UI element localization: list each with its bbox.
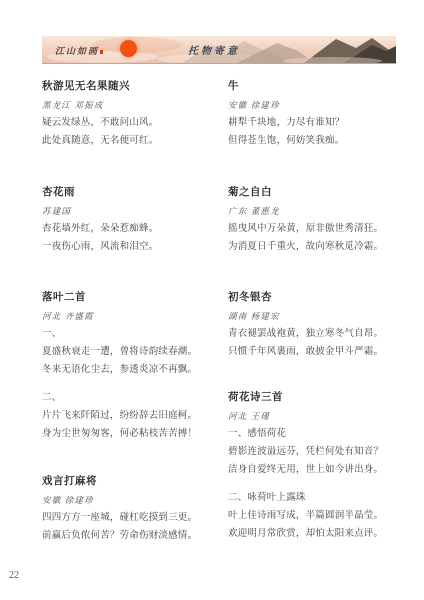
poem-line: 前赢后负侬何苦？劳命伤财淡感情。 (42, 527, 214, 545)
poem-title: 初冬银杏 (228, 289, 400, 307)
poem-line: 但得苍生饱，何妨笑我痴。 (228, 132, 400, 150)
poem-author: 安徽 徐建珍 (228, 96, 400, 114)
banner-left-calligraphy: 江山如画 (55, 44, 103, 57)
poem-line: 冬来无语化尘去，参透炎凉不再飘。 (42, 361, 214, 379)
poem-fallen-leaves: 落叶二首 河北 齐盛霞 一、 夏盛秋衰走一遭，曾将诗韵续春潮。 冬来无语化尘去，… (42, 289, 214, 443)
poem-mahjong: 戏言打麻将 安徽 徐建珍 四四方方一座城，碰杠吃摸到三更。 前赢后负侬何苦？劳命… (42, 473, 214, 545)
poem-title: 菊之自白 (228, 184, 400, 202)
poem-title: 牛 (228, 78, 400, 96)
poem-line: 只惯千年风裹雨，敢披金甲斗严霜。 (228, 343, 400, 361)
poem-apricot-rain: 杏花雨 苏建国 杏花墙外红，朵朵惹痴蜂。 一夜伤心雨，风流和泪空。 (42, 184, 214, 256)
poem-author: 河北 齐盛霞 (42, 307, 214, 325)
header-banner: 江山如画 托物寄意 (42, 36, 396, 64)
poem-line: 叶上佳诗雨写成，半篇圆润半晶莹。 (228, 507, 400, 525)
poem-author: 黑龙江 邓振成 (42, 96, 214, 114)
poem-author: 河北 王瑾 (228, 407, 400, 425)
poem-title: 秋游见无名果随兴 (42, 78, 214, 96)
poem-line: 二、 (42, 389, 214, 407)
poem-line: 四四方方一座城，碰杠吃摸到三更。 (42, 509, 214, 527)
poem-ox: 牛 安徽 徐建珍 耕犁千块地，力尽有谁知？ 但得苍生饱，何妨笑我痴。 (228, 78, 400, 150)
poem-autumn-fruit: 秋游见无名果随兴 黑龙江 邓振成 疑云发绿丛，不敢问山风。 此处真随意，无名便可… (42, 78, 214, 150)
page-number: 22 (9, 570, 19, 581)
red-sun-icon (120, 40, 137, 57)
poem-line: 一、感悟荷花 (228, 425, 400, 443)
poem-line: 一、 (42, 325, 214, 343)
poem-line: 杏花墙外红，朵朵惹痴蜂。 (42, 220, 214, 238)
poem-author: 苏建国 (42, 202, 214, 220)
poem-author: 广东 董惠龙 (228, 202, 400, 220)
poem-lotus: 荷花诗三首 河北 王瑾 一、感悟荷花 碧影连波溢远芬，凭栏何处有知音？ 洁身自爱… (228, 389, 400, 543)
poem-line: 片片飞来阡陌过，纷纷辞去旧庭柯。 (42, 407, 214, 425)
poem-line: 碧影连波溢远芬，凭栏何处有知音？ (228, 443, 400, 461)
poem-line: 耕犁千块地，力尽有谁知？ (228, 114, 400, 132)
poem-chrysanthemum: 菊之自白 广东 董惠龙 摇曳风中万朵黄，原非傲世秀清狂。 为消夏日千重火，故向寒… (228, 184, 400, 256)
poem-line: 为消夏日千重火，故向寒秋觅冷霜。 (228, 238, 400, 256)
poem-line: 此处真随意，无名便可红。 (42, 132, 214, 150)
poem-author: 湖南 杨建宏 (228, 307, 400, 325)
poem-title: 落叶二首 (42, 289, 214, 307)
poem-line: 夏盛秋衰走一遭，曾将诗韵续春潮。 (42, 343, 214, 361)
poem-line: 疑云发绿丛，不敢问山风。 (42, 114, 214, 132)
banner-center-calligraphy: 托物寄意 (188, 42, 240, 57)
poem-author: 安徽 徐建珍 (42, 491, 214, 509)
poem-line: 摇曳风中万朵黄，原非傲世秀清狂。 (228, 220, 400, 238)
poem-line: 洁身自爱终无用，世上如今讲出身。 (228, 461, 400, 479)
poem-title: 杏花雨 (42, 184, 214, 202)
poem-title: 荷花诗三首 (228, 389, 400, 407)
red-seal-icon (100, 50, 103, 54)
poem-line: 青衣褪罢战袍黄，独立寒冬气自昂。 (228, 325, 400, 343)
poem-line: 二、咏荷叶上露珠 (228, 489, 400, 507)
banner-left-text: 江山如画 (55, 46, 99, 56)
poem-line: 身为尘世匆匆客，何必粘枝苦苦搏！ (42, 425, 214, 443)
poem-title: 戏言打麻将 (42, 473, 214, 491)
poem-ginkgo: 初冬银杏 湖南 杨建宏 青衣褪罢战袍黄，独立寒冬气自昂。 只惯千年风裹雨，敢披金… (228, 289, 400, 361)
poem-line: 一夜伤心雨，风流和泪空。 (42, 238, 214, 256)
poem-line: 欢迎明月常欣赏，却怕太阳来点评。 (228, 525, 400, 543)
magazine-page: 江山如画 托物寄意 秋游见无名果随兴 黑龙江 邓振成 疑云发绿丛，不敢问山风。 … (0, 0, 424, 600)
